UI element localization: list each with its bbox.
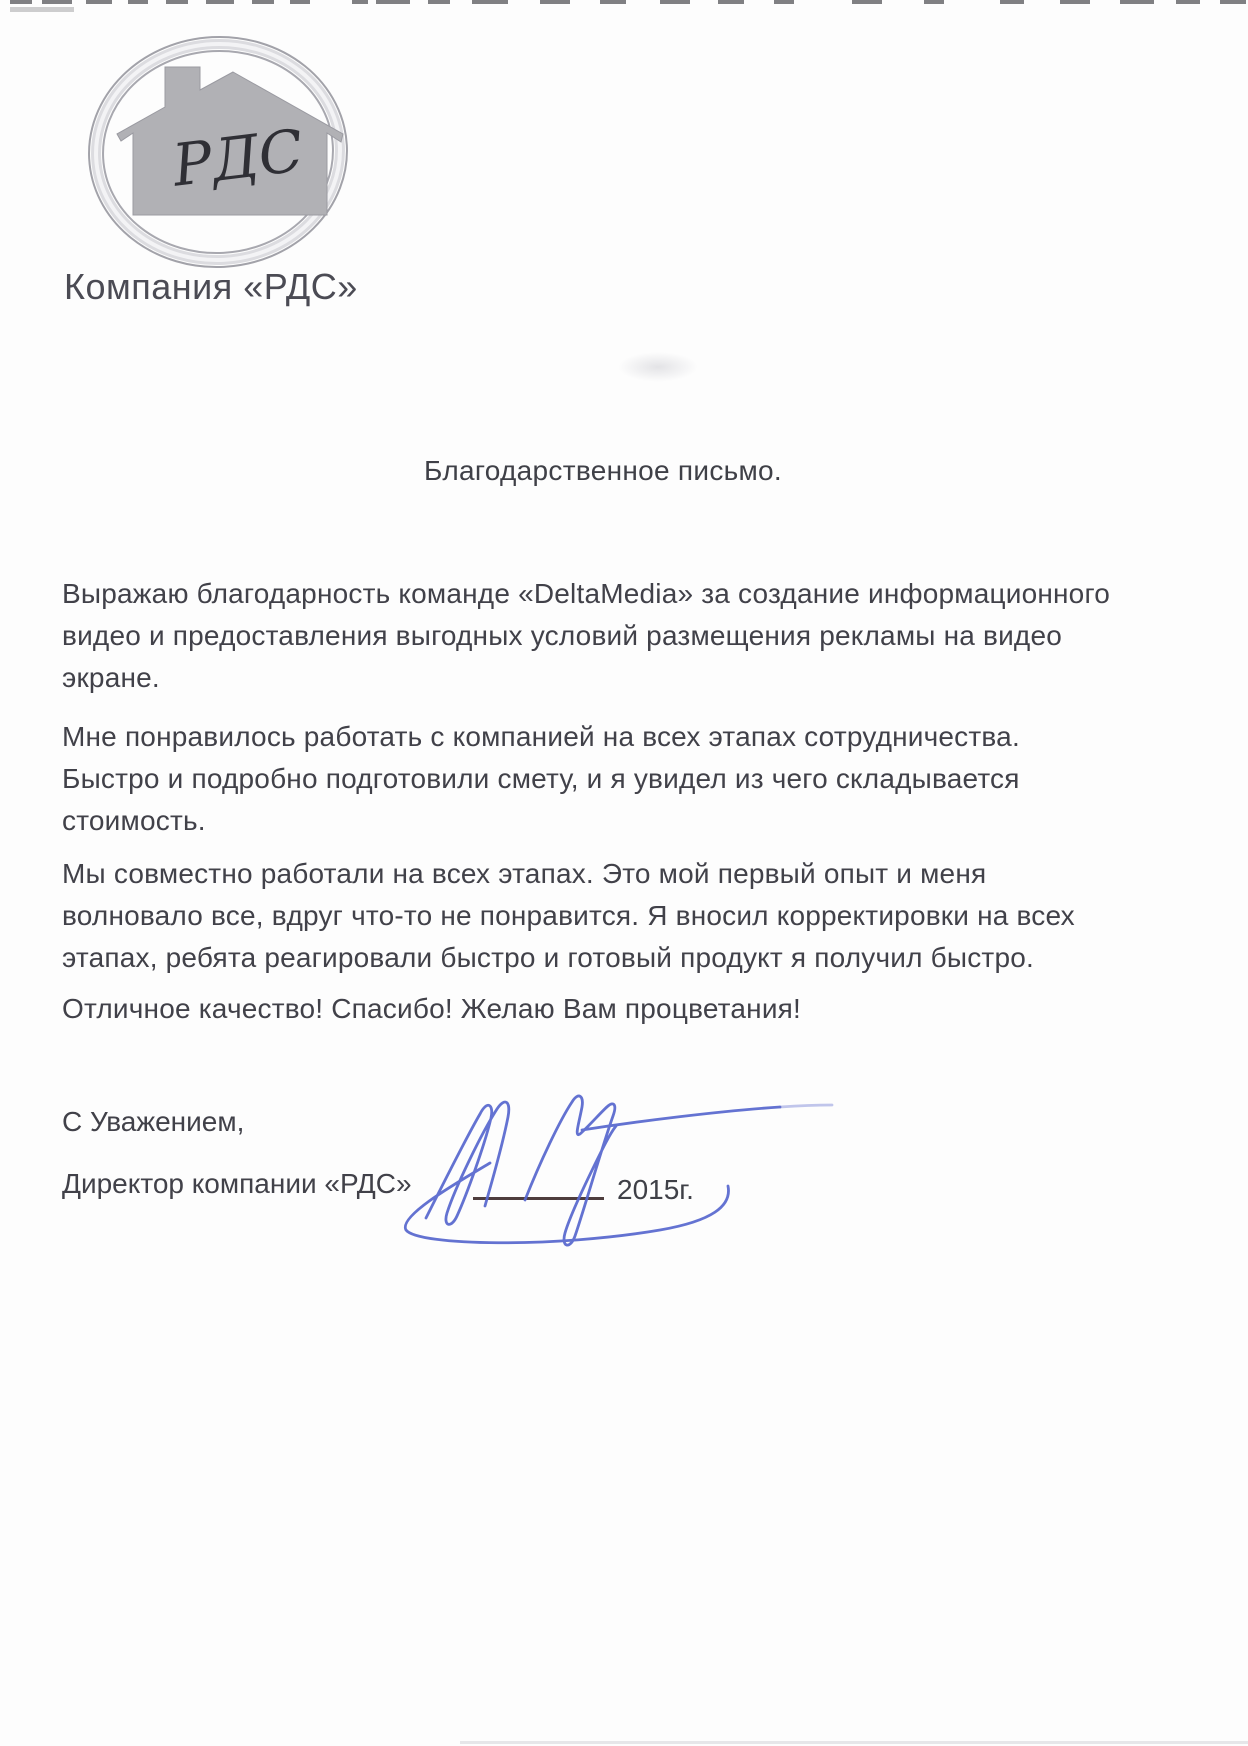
paragraph-line: Мы совместно работали на всех этапах. Эт… [62,853,1075,895]
scan-dash [1060,0,1090,4]
paragraph-line: Отличное качество! Спасибо! Желаю Вам пр… [62,988,801,1030]
scan-dash [252,0,274,4]
scanned-letter-page: РДС Компания «РДС» Благодарственное пись… [0,0,1248,1746]
scan-dash [10,0,32,4]
scan-dash [718,0,744,4]
closing-salutation: С Уважением, [62,1106,244,1138]
paragraph-1: Выражаю благодарность команде «DeltaMedi… [62,573,1110,699]
paragraph-line: волновало все, вдруг что-то не понравитс… [62,895,1075,937]
paragraph-line: стоимость. [62,800,1020,842]
scan-dash [1000,0,1024,4]
paragraph-line: Выражаю благодарность команде «DeltaMedi… [62,573,1110,615]
scan-dash [128,0,148,4]
scan-dash [42,0,72,4]
scan-dash [10,7,74,12]
scan-artifact-bottom [460,1741,1248,1744]
scan-dash [774,0,794,4]
scan-dash [1120,0,1154,4]
letter-title: Благодарственное письмо. [424,455,782,487]
paragraph-line: экране. [62,657,1110,699]
scan-dash [660,0,690,4]
scan-dash [472,0,508,4]
handwritten-signature [340,1078,840,1258]
company-logo: РДС [80,30,350,275]
scan-smudge [618,352,698,382]
scan-dash [290,0,310,4]
scan-artifacts-top [0,0,1248,14]
signature-date: 2015г. [617,1174,694,1206]
paragraph-line: этапах, ребята реагировали быстро и гото… [62,937,1075,979]
scan-dash [1220,0,1246,4]
scan-dash [376,0,410,4]
paragraph-4: Отличное качество! Спасибо! Желаю Вам пр… [62,988,801,1030]
scan-dash [852,0,882,4]
scan-dash [428,0,450,4]
scan-dash [86,0,112,4]
paragraph-line: Быстро и подробно подготовили смету, и я… [62,758,1020,800]
scan-dash [166,0,188,4]
paragraph-line: Мне понравилось работать с компанией на … [62,716,1020,758]
scan-dash [1176,0,1200,4]
scan-dash [600,0,626,4]
paragraph-line: видео и предоставления выгодных условий … [62,615,1110,657]
scan-dash [206,0,234,4]
scan-dash [540,0,570,4]
company-name: Компания «РДС» [64,266,358,308]
paragraph-3: Мы совместно работали на всех этапах. Эт… [62,853,1075,979]
scan-dash [352,0,368,4]
paragraph-2: Мне понравилось работать с компанией на … [62,716,1020,842]
scan-dash [924,0,944,4]
